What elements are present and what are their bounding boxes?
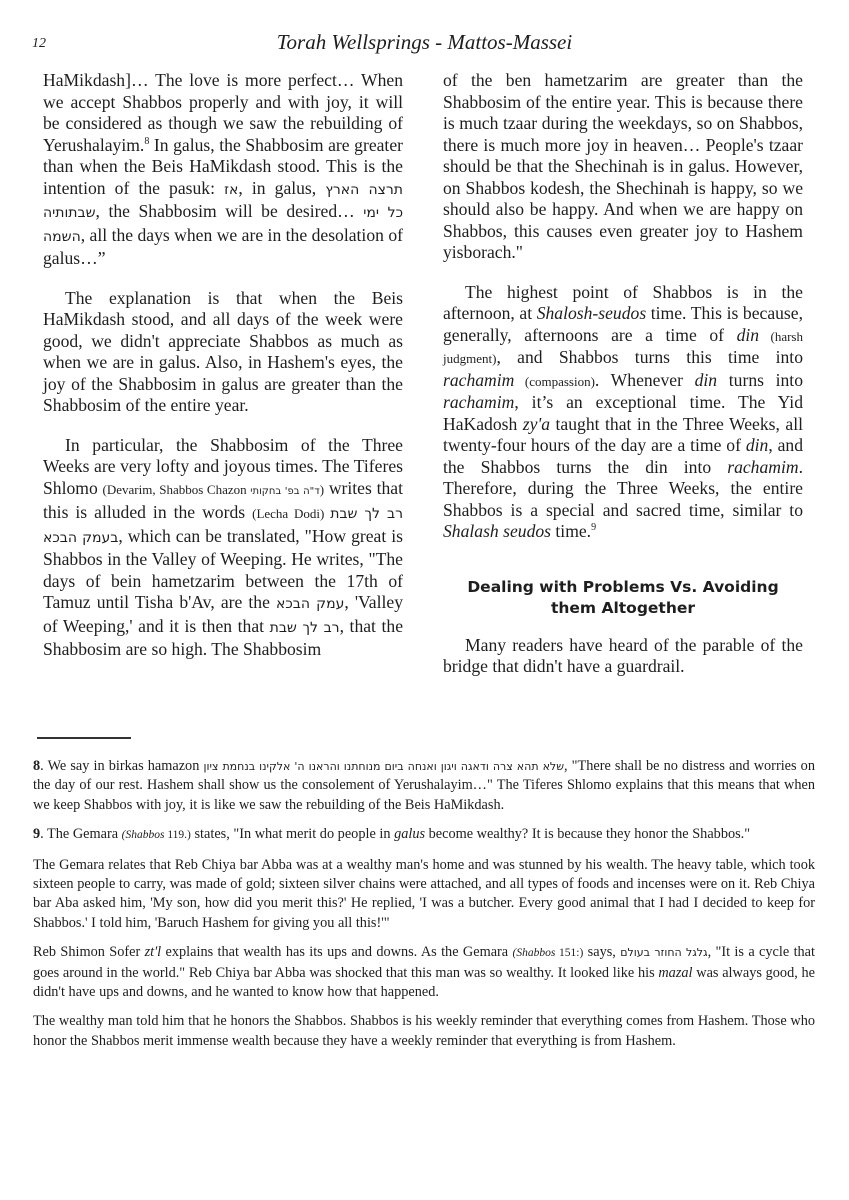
section-heading: Dealing with Problems Vs. Avoiding them … <box>443 577 803 619</box>
source-citation: 151:) <box>555 947 583 959</box>
text: turns into <box>717 370 803 390</box>
left-column: HaMikdash]… The love is more perfect… Wh… <box>43 70 403 679</box>
paragraph: The highest point of Shabbos is in the a… <box>443 282 803 543</box>
paragraph: Many readers have heard of the parable o… <box>443 635 803 678</box>
text: (Devarim, Shabbos Chazon <box>103 482 251 497</box>
hebrew-text: גלגל החוזר בעולם <box>620 946 707 959</box>
text: , and Shabbos turns this time into <box>496 347 803 367</box>
text: . Whenever <box>595 370 695 390</box>
text: says, <box>583 944 620 960</box>
text: time. <box>551 521 591 541</box>
footnote-divider <box>37 737 131 739</box>
footnote-9-paragraph: Reb Shimon Sofer zt'l explains that weal… <box>33 943 815 1002</box>
text: become wealthy? It is because they honor… <box>425 826 750 842</box>
paragraph: The explanation is that when the Beis Ha… <box>43 288 403 417</box>
footnote-8: 8. We say in birkas hamazon שלא תהא צרה … <box>33 757 815 815</box>
italic-term: din <box>695 370 717 390</box>
text: , the Shabbosim will be desired… <box>96 201 364 221</box>
italic-term: rachamim <box>443 370 514 390</box>
italic-term: Shalosh-seudos <box>537 303 646 323</box>
hebrew-text: ד"ה בפ' בחקותי <box>250 486 319 497</box>
hebrew-text: שלא תהא צרה ודאגה ויגון ואנחה ביום מנוחת… <box>203 760 564 773</box>
paragraph: of the ben hametzarim are greater than t… <box>443 70 803 264</box>
italic-term: rachamim <box>727 457 798 477</box>
source-citation: (Devarim, Shabbos Chazon ד"ה בפ' בחקותי) <box>103 482 325 497</box>
running-title: Torah Wellsprings - Mattos-Massei <box>0 30 849 55</box>
text: states, "In what merit do people in <box>191 826 394 842</box>
italic-term: zy'a <box>523 414 550 434</box>
text: explains that wealth has its ups and dow… <box>161 944 512 960</box>
text: . We say in birkas hamazon <box>40 758 203 774</box>
text: . The Gemara <box>40 826 122 842</box>
hebrew-text: עמק הבכא <box>276 596 344 612</box>
footnote-9: 9. The Gemara (Shabbos 119.) states, "In… <box>33 825 815 845</box>
source-citation: (Shabbos <box>513 947 556 959</box>
italic-term: rachamim <box>443 392 514 412</box>
gloss: (compassion) <box>514 374 595 389</box>
source-citation: 119.) <box>164 829 190 841</box>
text: Reb Shimon Sofer <box>33 944 145 960</box>
hebrew-text: אז <box>224 182 238 198</box>
footnotes: 8. We say in birkas hamazon שלא תהא צרה … <box>33 757 815 1061</box>
footnote-ref-9[interactable]: 9 <box>591 522 596 533</box>
italic-term: mazal <box>658 965 692 981</box>
italic-term: galus <box>394 826 425 842</box>
source-citation: (Lecha Dodi) <box>252 506 330 521</box>
italic-term: zt'l <box>145 944 162 960</box>
hebrew-text: רב לך שבת <box>270 620 340 636</box>
right-column: of the ben hametzarim are greater than t… <box>443 70 803 696</box>
footnote-9-paragraph: The wealthy man told him that he honors … <box>33 1012 815 1051</box>
footnote-9-paragraph: The Gemara relates that Reb Chiya bar Ab… <box>33 856 815 934</box>
source-citation: (Shabbos <box>122 829 165 841</box>
italic-term: din <box>746 435 768 455</box>
text: , all the days when we are in the desola… <box>43 225 403 269</box>
page-header: 12 Torah Wellsprings - Mattos-Massei <box>0 30 849 60</box>
italic-term: din <box>737 325 759 345</box>
text: , in galus, <box>238 178 325 198</box>
paragraph: In particular, the Shabbosim of the Thre… <box>43 435 403 661</box>
paragraph: HaMikdash]… The love is more perfect… Wh… <box>43 70 403 270</box>
italic-term: Shalash seudos <box>443 521 551 541</box>
